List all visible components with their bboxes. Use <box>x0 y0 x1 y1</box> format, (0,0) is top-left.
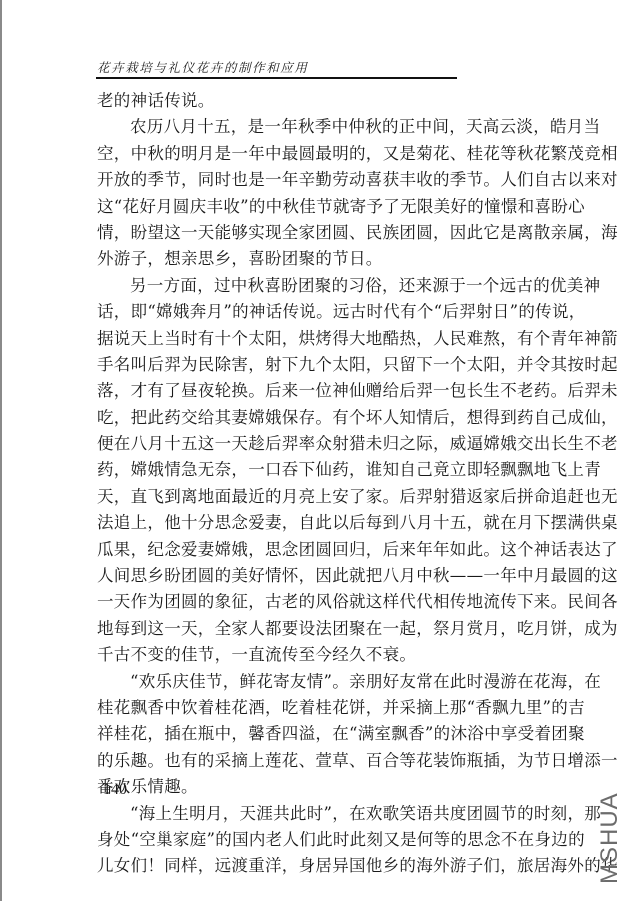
text-line: 便在八月十五这一天趁后羿率众射猎未归之际，威逼嫦娥交出长生不老 <box>97 431 552 457</box>
text-line: “海上生明月，天涯共此时”，在欢歌笑语共度团圆节的时刻，那 <box>97 801 552 827</box>
text-line: 天，直飞到离地面最近的月亮上安了家。后羿射猎返家后拼命追赶也无 <box>97 484 552 510</box>
text-line: 儿女们！同样，远渡重洋，身居异国他乡的海外游子们，旅居海外的华 <box>97 853 552 879</box>
text-line: 话，即“嫦娥奔月”的神话传说。远古时代有个“后羿射日”的传说， <box>97 299 552 325</box>
body-text: 老的神话传说。农历八月十五，是一年秋季中仲秋的正中间，天高云淡，皓月当空，中秋的… <box>97 88 552 880</box>
text-line: 老的神话传说。 <box>97 88 552 114</box>
text-line: 身处“空巢家庭”的国内老人们此时此刻又是何等的思念不在身边的 <box>97 827 552 853</box>
header-rule <box>96 77 457 79</box>
text-line: 一天作为团圆的象征，古老的风俗就这样代代相传地流传下来。民间各 <box>97 589 552 615</box>
text-line: 番欢乐情趣。 <box>97 774 552 800</box>
text-line: 农历八月十五，是一年秋季中仲秋的正中间，天高云淡，皓月当 <box>97 114 552 140</box>
text-line: 地每到这一天，全家人都要设法团聚在一起，祭月赏月，吃月饼，成为 <box>97 616 552 642</box>
text-line: 落，才有了昼夜轮换。后来一位神仙赠给后羿一包长生不老药。后羿未 <box>97 378 552 404</box>
text-line: 情，盼望这一天能够实现全家团圆、民族团圆，因此它是离散亲属，海 <box>97 220 552 246</box>
text-line: 空，中秋的明月是一年中最圆最明的，又是菊花、桂花等秋花繁茂竞相 <box>97 141 552 167</box>
scan-edge-line <box>0 0 2 901</box>
text-line: 瓜果，纪念爱妻嫦娥，思念团圆回归，后来年年如此。这个神话表达了 <box>97 537 552 563</box>
text-line: “欢乐庆佳节，鲜花寄友情”。亲朋好友常在此时漫游在花海，在 <box>97 669 552 695</box>
text-line: 手名叫后羿为民除害，射下九个太阳，只留下一个太阳，并令其按时起 <box>97 352 552 378</box>
text-line: 另一方面，过中秋喜盼团聚的习俗，还来源于一个远古的优美神 <box>97 273 552 299</box>
text-line: 据说天上当时有十个太阳，烘烤得大地酷热，人民难熬，有个青年神箭 <box>97 326 552 352</box>
text-line: 千古不变的佳节，一直流传至今经久不衰。 <box>97 642 552 668</box>
text-line: 药，嫦娥情急无奈，一口吞下仙药，谁知自己竟立即轻飘飘地飞上青 <box>97 457 552 483</box>
text-line: 吃，把此药交给其妻嫦娥保存。有个坏人知情后，想得到药自己成仙， <box>97 405 552 431</box>
page-number: 140 <box>103 781 127 799</box>
text-line: 法追上，他十分思念爱妻，自此以后每到八月十五，就在月下摆满供桌 <box>97 510 552 536</box>
running-header-title: 花卉栽培与礼仪花卉的制作和应用 <box>97 58 309 76</box>
text-line: 人间思乡盼团圆的美好情怀，因此就把八月中秋——一年中月最圆的这 <box>97 563 552 589</box>
watermark: MSHUA <box>596 792 623 884</box>
text-line: 桂花飘香中饮着桂花酒，吃着桂花饼，并采摘上那“香飘九里”的吉 <box>97 695 552 721</box>
text-line: 外游子，想亲思乡，喜盼团聚的节日。 <box>97 246 552 272</box>
text-line: 祥桂花，插在瓶中，馨香四溢，在“满室飘香”的沐浴中享受着团聚 <box>97 721 552 747</box>
text-line: 开放的季节，同时也是一年辛勤劳动喜获丰收的季节。人们自古以来对 <box>97 167 552 193</box>
text-line: 这“花好月圆庆丰收”的中秋佳节就寄予了无限美好的憧憬和喜盼心 <box>97 194 552 220</box>
text-line: 的乐趣。也有的采摘上莲花、萱草、百合等花装饰瓶插，为节日增添一 <box>97 748 552 774</box>
